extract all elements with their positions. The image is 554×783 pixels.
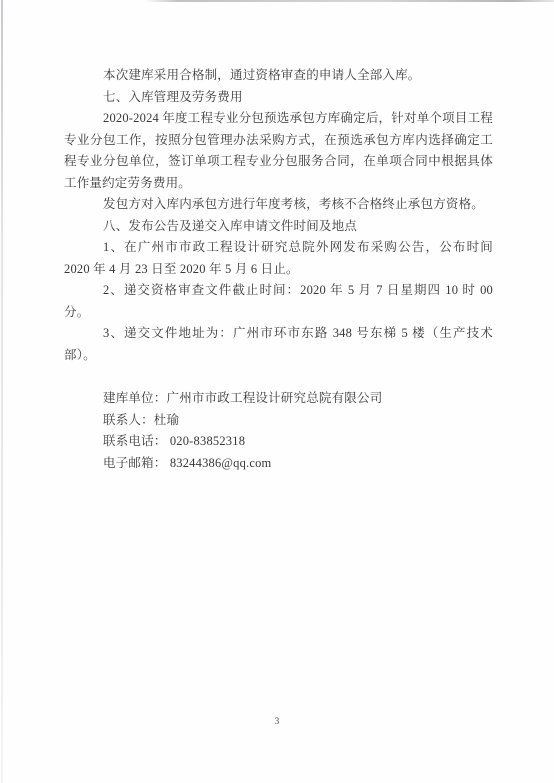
document-page: 本次建库采用合格制，通过资格审查的申请人全部入库。 七、入库管理及劳务费用 20… bbox=[0, 0, 554, 783]
paragraph-address: 3、递交文件地址为：广州市环市东路 348 号东梯 5 楼（生产技术部）。 bbox=[64, 323, 493, 366]
paragraph-deadline: 2、递交资格审查文件截止时间：2020 年 5 月 7 日星期四 10 时 00… bbox=[64, 280, 493, 323]
paragraph-intro: 本次建库采用合格制，通过资格审查的申请人全部入库。 bbox=[64, 65, 493, 87]
section-heading-7: 七、入库管理及劳务费用 bbox=[64, 87, 493, 109]
contact-block: 建库单位：广州市市政工程设计研究总院有限公司 联系人：杜瑜 联系电话： 020-… bbox=[64, 388, 493, 474]
contact-person: 联系人：杜瑜 bbox=[64, 410, 493, 432]
paragraph-assessment: 发包方对入库内承包方进行年度考核，考核不合格终止承包方资格。 bbox=[64, 194, 493, 216]
paragraph-management: 2020-2024 年度工程专业分包预选承包方库确定后，针对单个项目工程专业分包… bbox=[64, 108, 493, 194]
document-body: 本次建库采用合格制，通过资格审查的申请人全部入库。 七、入库管理及劳务费用 20… bbox=[64, 65, 493, 474]
contact-org: 建库单位：广州市市政工程设计研究总院有限公司 bbox=[64, 388, 493, 410]
contact-phone: 联系电话： 020-83852318 bbox=[64, 431, 493, 453]
contact-email: 电子邮箱： 83244386@qq.com bbox=[64, 453, 493, 475]
page-number: 3 bbox=[0, 716, 554, 726]
section-heading-8: 八、发布公告及递交入库申请文件时间及地点 bbox=[64, 216, 493, 238]
paragraph-announcement: 1、在广州市市政工程设计研究总院外网发布采购公告，公布时间 2020 年 4 月… bbox=[64, 237, 493, 280]
scan-artifact-left-edge bbox=[1, 0, 3, 783]
scan-artifact-top-edge bbox=[145, 0, 554, 2]
